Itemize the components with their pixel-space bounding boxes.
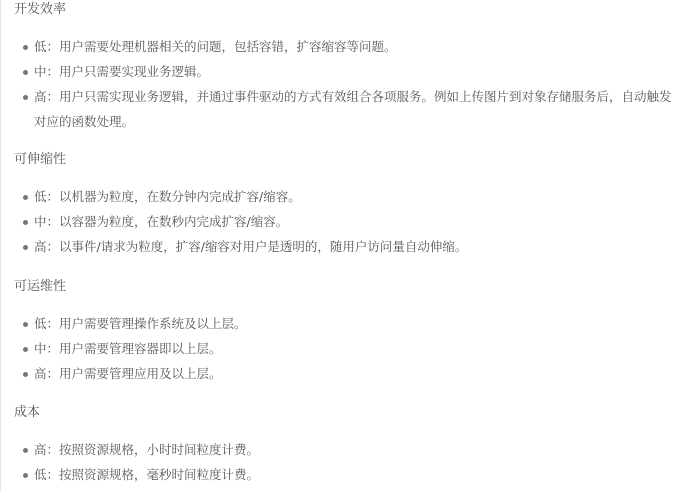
bullet-icon (23, 70, 28, 75)
list-item-text: 中：以容器为粒度，在数秒内完成扩容/缩容。 (34, 214, 288, 229)
bullet-icon (23, 245, 28, 250)
bullet-icon (23, 195, 28, 200)
section-dev-efficiency: 开发效率 低：用户需要处理机器相关的问题，包括容错，扩容缩容等问题。 中：用户只… (14, 1, 673, 134)
bullet-icon (23, 347, 28, 352)
list-item: 低：按照资源规格，毫秒时间粒度计费。 (14, 462, 673, 487)
section-title: 成本 (14, 404, 673, 422)
list-item-text: 低：按照资源规格，毫秒时间粒度计费。 (34, 467, 259, 482)
list-item: 高：用户只需实现业务逻辑，并通过事件驱动的方式有效组合各项服务。例如上传图片到对… (14, 84, 673, 134)
left-border (0, 0, 1, 492)
list-item: 低：用户需要处理机器相关的问题，包括容错，扩容缩容等问题。 (14, 34, 673, 59)
list-item: 中：以容器为粒度，在数秒内完成扩容/缩容。 (14, 209, 673, 234)
list-item: 低：以机器为粒度，在数分钟内完成扩容/缩容。 (14, 184, 673, 209)
list-item: 高：按照资源规格，小时时间粒度计费。 (14, 437, 673, 462)
list-item-text: 高：用户需要管理应用及以上层。 (34, 366, 222, 381)
section-operability: 可运维性 低：用户需要管理操作系统及以上层。 中：用户需要管理容器即以上层。 高… (14, 278, 673, 386)
list-item: 高：用户需要管理应用及以上层。 (14, 361, 673, 386)
bullet-icon (23, 220, 28, 225)
bullet-icon (23, 372, 28, 377)
bullet-list: 低：用户需要处理机器相关的问题，包括容错，扩容缩容等问题。 中：用户只需要实现业… (14, 34, 673, 134)
list-item: 低：用户需要管理操作系统及以上层。 (14, 311, 673, 336)
bullet-list: 高：按照资源规格，小时时间粒度计费。 低：按照资源规格，毫秒时间粒度计费。 (14, 437, 673, 487)
bullet-icon (23, 448, 28, 453)
section-scalability: 可伸缩性 低：以机器为粒度，在数分钟内完成扩容/缩容。 中：以容器为粒度，在数秒… (14, 151, 673, 259)
bullet-icon (23, 473, 28, 478)
section-title: 可运维性 (14, 278, 673, 296)
bullet-icon (23, 45, 28, 50)
bullet-icon (23, 95, 28, 100)
bullet-list: 低：以机器为粒度，在数分钟内完成扩容/缩容。 中：以容器为粒度，在数秒内完成扩容… (14, 184, 673, 259)
list-item-text: 高：以事件/请求为粒度，扩容/缩容对用户是透明的，随用户访问量自动伸缩。 (34, 239, 467, 254)
list-item: 中：用户只需要实现业务逻辑。 (14, 59, 673, 84)
list-item-text: 低：用户需要管理操作系统及以上层。 (34, 316, 247, 331)
bullet-list: 低：用户需要管理操作系统及以上层。 中：用户需要管理容器即以上层。 高：用户需要… (14, 311, 673, 386)
list-item-text: 高：按照资源规格，小时时间粒度计费。 (34, 442, 259, 457)
list-item-text: 低：以机器为粒度，在数分钟内完成扩容/缩容。 (34, 189, 301, 204)
section-title: 可伸缩性 (14, 151, 673, 169)
list-item-text: 中：用户需要管理容器即以上层。 (34, 341, 222, 356)
section-title: 开发效率 (14, 1, 673, 19)
list-item-text: 低：用户需要处理机器相关的问题，包括容错，扩容缩容等问题。 (34, 39, 397, 54)
list-item: 高：以事件/请求为粒度，扩容/缩容对用户是透明的，随用户访问量自动伸缩。 (14, 234, 673, 259)
list-item-text: 高：用户只需实现业务逻辑，并通过事件驱动的方式有效组合各项服务。例如上传图片到对… (34, 84, 673, 134)
section-cost: 成本 高：按照资源规格，小时时间粒度计费。 低：按照资源规格，毫秒时间粒度计费。 (14, 404, 673, 487)
list-item-text: 中：用户只需要实现业务逻辑。 (34, 64, 209, 79)
bullet-icon (23, 322, 28, 327)
list-item: 中：用户需要管理容器即以上层。 (14, 336, 673, 361)
